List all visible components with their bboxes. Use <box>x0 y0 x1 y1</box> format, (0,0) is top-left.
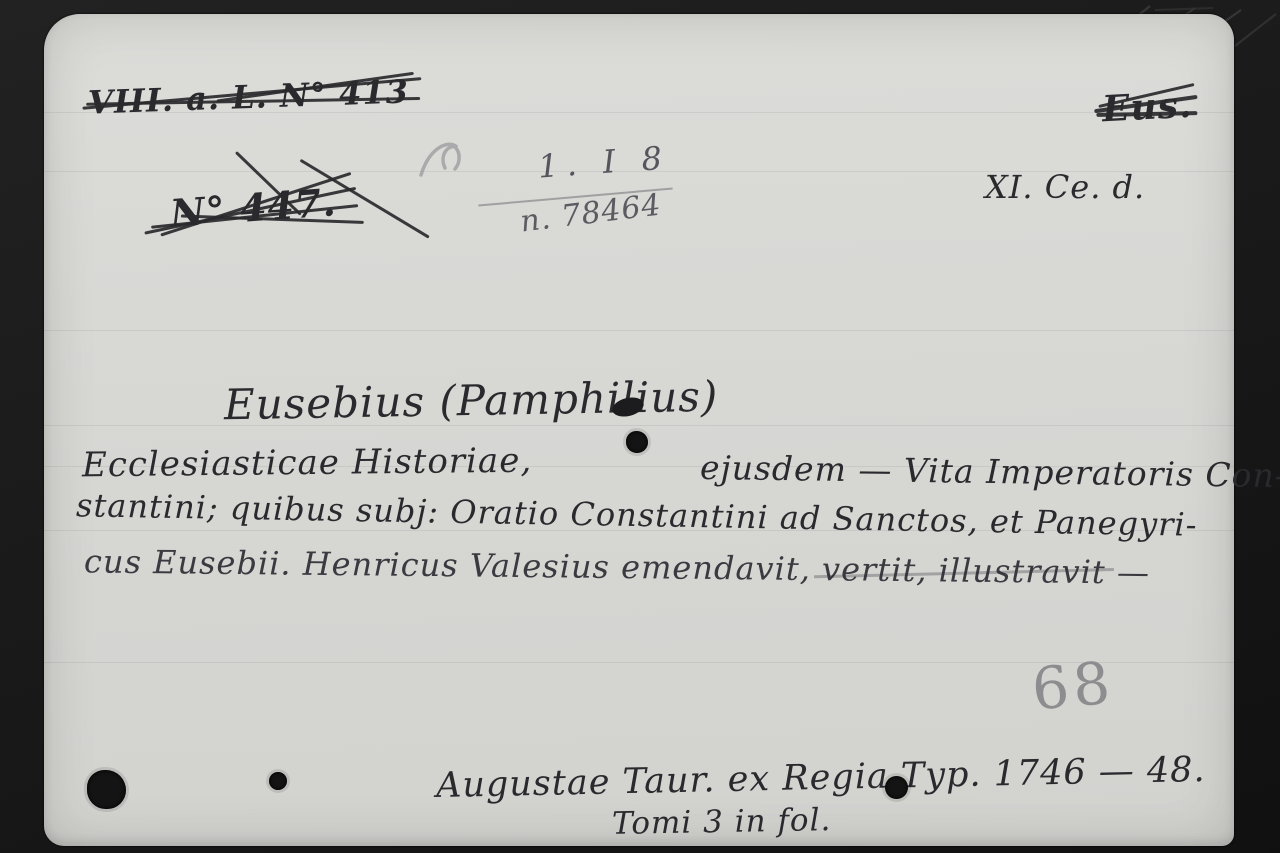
pencil-number-text: 68 <box>1029 649 1116 724</box>
collation-text: Tomi 3 in fol. <box>612 802 832 842</box>
author-heading-text: Eusebius (Pamphilius) <box>224 372 719 430</box>
pencil-squiggle <box>415 135 475 190</box>
punch-hole-small <box>269 772 287 790</box>
collation: Tomi 3 in fol. <box>612 802 832 842</box>
author-heading: Eusebius (Pamphilius) <box>224 372 719 430</box>
scanned-catalog-card-photo: VIII. a. L. N° 413 N° 447. 1. I 8 n. 784… <box>0 0 1280 853</box>
location-mark: XI. Ce. d. <box>985 168 1145 206</box>
punch-hole-imprint <box>885 776 908 799</box>
location-mark-text: XI. Ce. d. <box>985 168 1145 206</box>
punch-hole-center <box>626 431 648 453</box>
entry-line1-left-text: Ecclesiasticae Historiae, <box>82 441 533 486</box>
entry-line1-left: Ecclesiasticae Historiae, <box>82 441 533 486</box>
punch-hole-large <box>87 770 126 809</box>
ruled-line <box>44 330 1234 331</box>
pencil-number: 68 <box>1029 649 1116 724</box>
entry-line1-right-text: ejusdem — Vita Imperatoris Con- <box>700 448 1280 495</box>
crossed-heading: Eus. <box>1101 84 1193 131</box>
entry-line1-right: ejusdem — Vita Imperatoris Con- <box>700 448 1280 495</box>
ruled-line <box>44 425 1234 426</box>
